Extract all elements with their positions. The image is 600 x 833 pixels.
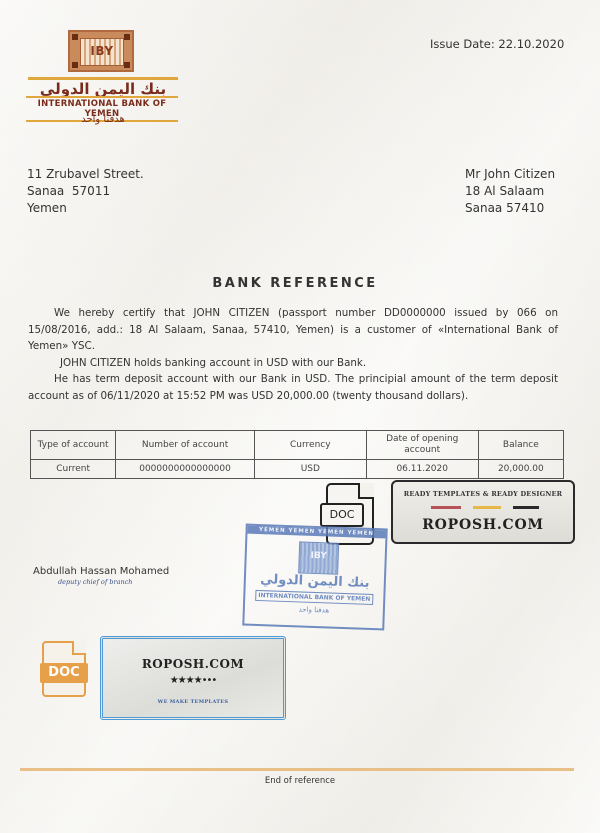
logo-corner [124,34,130,40]
header-type: Type of account [31,431,116,460]
logo-mark: IBY [81,44,123,58]
watermark-banner-top: READY TEMPLATES & READY DESIGNER ROPOSH.… [391,480,575,544]
paragraph-account: JOHN CITIZEN holds banking account in US… [28,355,558,372]
stamp-name-english: INTERNATIONAL BANK OF YEMEN [255,590,373,605]
sender-address: 11 Zrubavel Street. Sanaa 57011 Yemen [27,166,144,217]
logo-emblem: IBY [80,38,124,66]
page-fold [358,483,374,499]
table-header-row: Type of account Number of account Curren… [31,431,564,460]
stamp-logo-mark: IBY [300,550,338,561]
watermark-site: ROPOSH.COM [103,657,283,671]
address-line: Sanaa 57011 [27,183,144,200]
header-number: Number of account [116,431,255,460]
header-open-date: Date of opening account [366,431,478,460]
bank-slogan: هدفنا واحد [48,114,158,125]
cell-number: 0000000000000000 [116,460,255,479]
paragraph-certification: We hereby certify that JOHN CITIZEN (pas… [28,305,558,355]
document-title: BANK REFERENCE [0,276,590,291]
cell-open-date: 06.11.2020 [366,460,478,479]
address-line: Sanaa 57410 [465,200,555,217]
footer-divider [20,768,574,771]
cell-type: Current [31,460,116,479]
doc-file-icon-orange: DOC [42,641,86,697]
watermark-tagline: READY TEMPLATES & READY DESIGNER [393,490,573,498]
signer-name: Abdullah Hassan Mohamed [33,566,169,577]
account-table: Type of account Number of account Curren… [30,430,564,479]
signer-title: deputy chief of branch [58,578,132,586]
page-fold [72,641,86,655]
stamp-slogan: هدفنا واحد [245,604,383,617]
color-bar [431,506,461,509]
watermark-tagline: WE MAKE TEMPLATES [103,699,283,705]
cell-currency: USD [254,460,366,479]
stamp-name-arabic: بنك اليمن الدولي [252,572,378,591]
color-bars [431,506,541,510]
table-row: Current 0000000000000000 USD 06.11.2020 … [31,460,564,479]
color-bar [473,506,501,509]
footer-text: End of reference [0,776,600,786]
recipient-address: Mr John Citizen 18 Al Salaam Sanaa 57410 [465,166,555,217]
paragraph-deposit: He has term deposit account with our Ban… [28,371,558,404]
address-line: Mr John Citizen [465,166,555,183]
bank-stamp: YEMEN YEMEN YEMEN YEMEN IBY بنك اليمن ال… [242,524,387,631]
address-line: 11 Zrubavel Street. [27,166,144,183]
stamp-header: YEMEN YEMEN YEMEN YEMEN [247,526,385,539]
address-line: Yemen [27,200,144,217]
logo-corner [72,62,78,68]
address-line: 18 Al Salaam [465,183,555,200]
logo-corner [124,62,130,68]
logo-corner [72,34,78,40]
watermark-site: ROPOSH.COM [393,517,573,533]
reference-body: We hereby certify that JOHN CITIZEN (pas… [28,305,558,404]
cell-balance: 20,000.00 [478,460,563,479]
issue-date: Issue Date: 22.10.2020 [430,37,564,51]
bank-logo: IBY [68,30,134,72]
header-currency: Currency [254,431,366,460]
bank-name-arabic: بنك اليمن الدولي [28,77,178,97]
color-bar [513,506,539,509]
doc-label: DOC [40,663,88,683]
watermark-banner-bottom: ROPOSH.COM ★★★★••• WE MAKE TEMPLATES [100,636,286,720]
star-rating-icon: ★★★★••• [103,675,283,686]
stamp-emblem: IBY [298,541,339,574]
doc-label: DOC [320,503,364,527]
header-balance: Balance [478,431,563,460]
